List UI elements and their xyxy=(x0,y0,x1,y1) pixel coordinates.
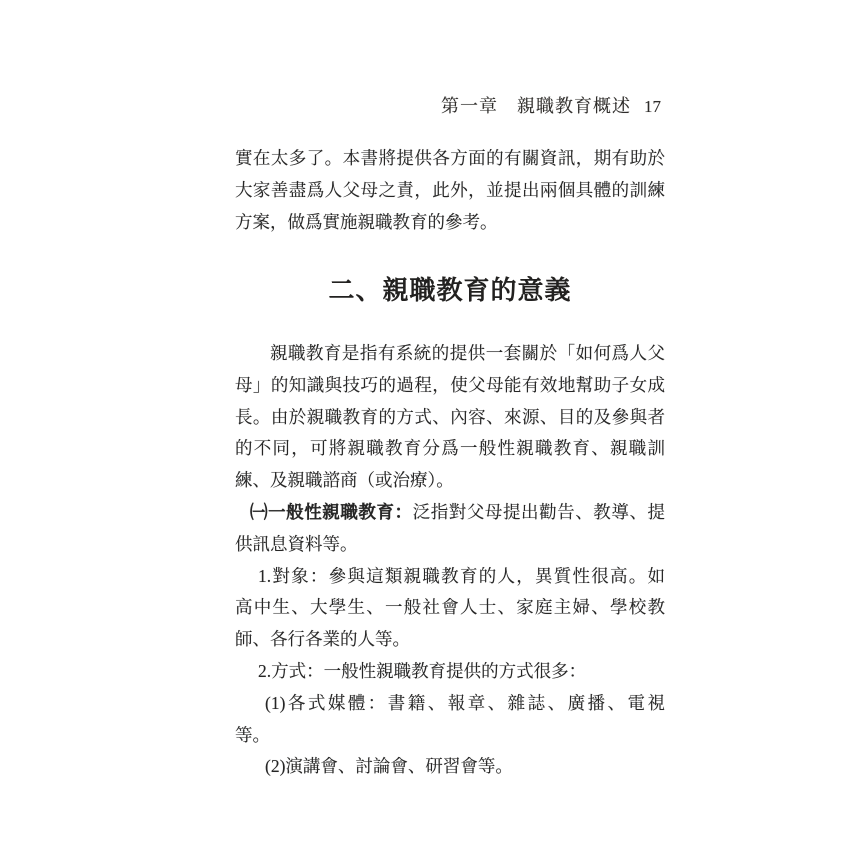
general-item-label: ㈠一般性親職教育： xyxy=(250,502,413,522)
text-line: 等。 xyxy=(235,720,665,752)
intro-paragraph: 實在太多了。本書將提供各方面的有關資訊，期有助於 大家善盡爲人父母之責，此外，並… xyxy=(235,143,665,238)
section-heading: 二、親職教育的意義 xyxy=(235,274,665,308)
general-item-text: 泛指對父母提出勸告、教導、提 xyxy=(413,502,665,522)
text-line: 的不同，可將親職教育分爲一般性親職教育、親職訓 xyxy=(235,433,665,465)
lecture-item-line: (2)演講會、討論會、研習會等。 xyxy=(235,751,665,783)
body-text: 親職教育是指有系統的提供一套關於「如何爲人父 母」的知識與技巧的過程，使父母能有… xyxy=(235,338,665,783)
general-item-line: ㈠一般性親職教育：泛指對父母提出勸告、教導、提 xyxy=(235,497,665,529)
text-line: 大家善盡爲人父母之責，此外，並提出兩個具體的訓練 xyxy=(235,175,665,207)
text-line: 師、各行各業的人等。 xyxy=(235,624,665,656)
text-line: 實在太多了。本書將提供各方面的有關資訊，期有助於 xyxy=(235,143,665,175)
text-line: 長。由於親職教育的方式、內容、來源、目的及參與者 xyxy=(235,402,665,434)
text-line: 供訊息資料等。 xyxy=(235,529,665,561)
text-line: 練、及親職諮商（或治療）。 xyxy=(235,465,665,497)
text-line: 方案，做爲實施親職教育的參考。 xyxy=(235,207,665,239)
chapter-title: 第一章 親職教育概述 xyxy=(441,96,631,116)
text-line: 親職教育是指有系統的提供一套關於「如何爲人父 xyxy=(235,338,665,370)
target-item-line: 1.對象：參與這類親職教育的人，異質性很高。如 xyxy=(235,561,665,593)
text-line: 母」的知識與技巧的過程，使父母能有效地幫助子女成 xyxy=(235,370,665,402)
running-header: 第一章 親職教育概述17 xyxy=(235,94,665,119)
page-number: 17 xyxy=(644,97,661,116)
method-item-line: 2.方式：一般性親職教育提供的方式很多： xyxy=(235,656,665,688)
media-item-line: (1)各式媒體：書籍、報章、雜誌、廣播、電視 xyxy=(235,688,665,720)
text-line: 高中生、大學生、一般社會人士、家庭主婦、學校教 xyxy=(235,592,665,624)
book-page: 第一章 親職教育概述17 實在太多了。本書將提供各方面的有關資訊，期有助於 大家… xyxy=(0,0,850,850)
